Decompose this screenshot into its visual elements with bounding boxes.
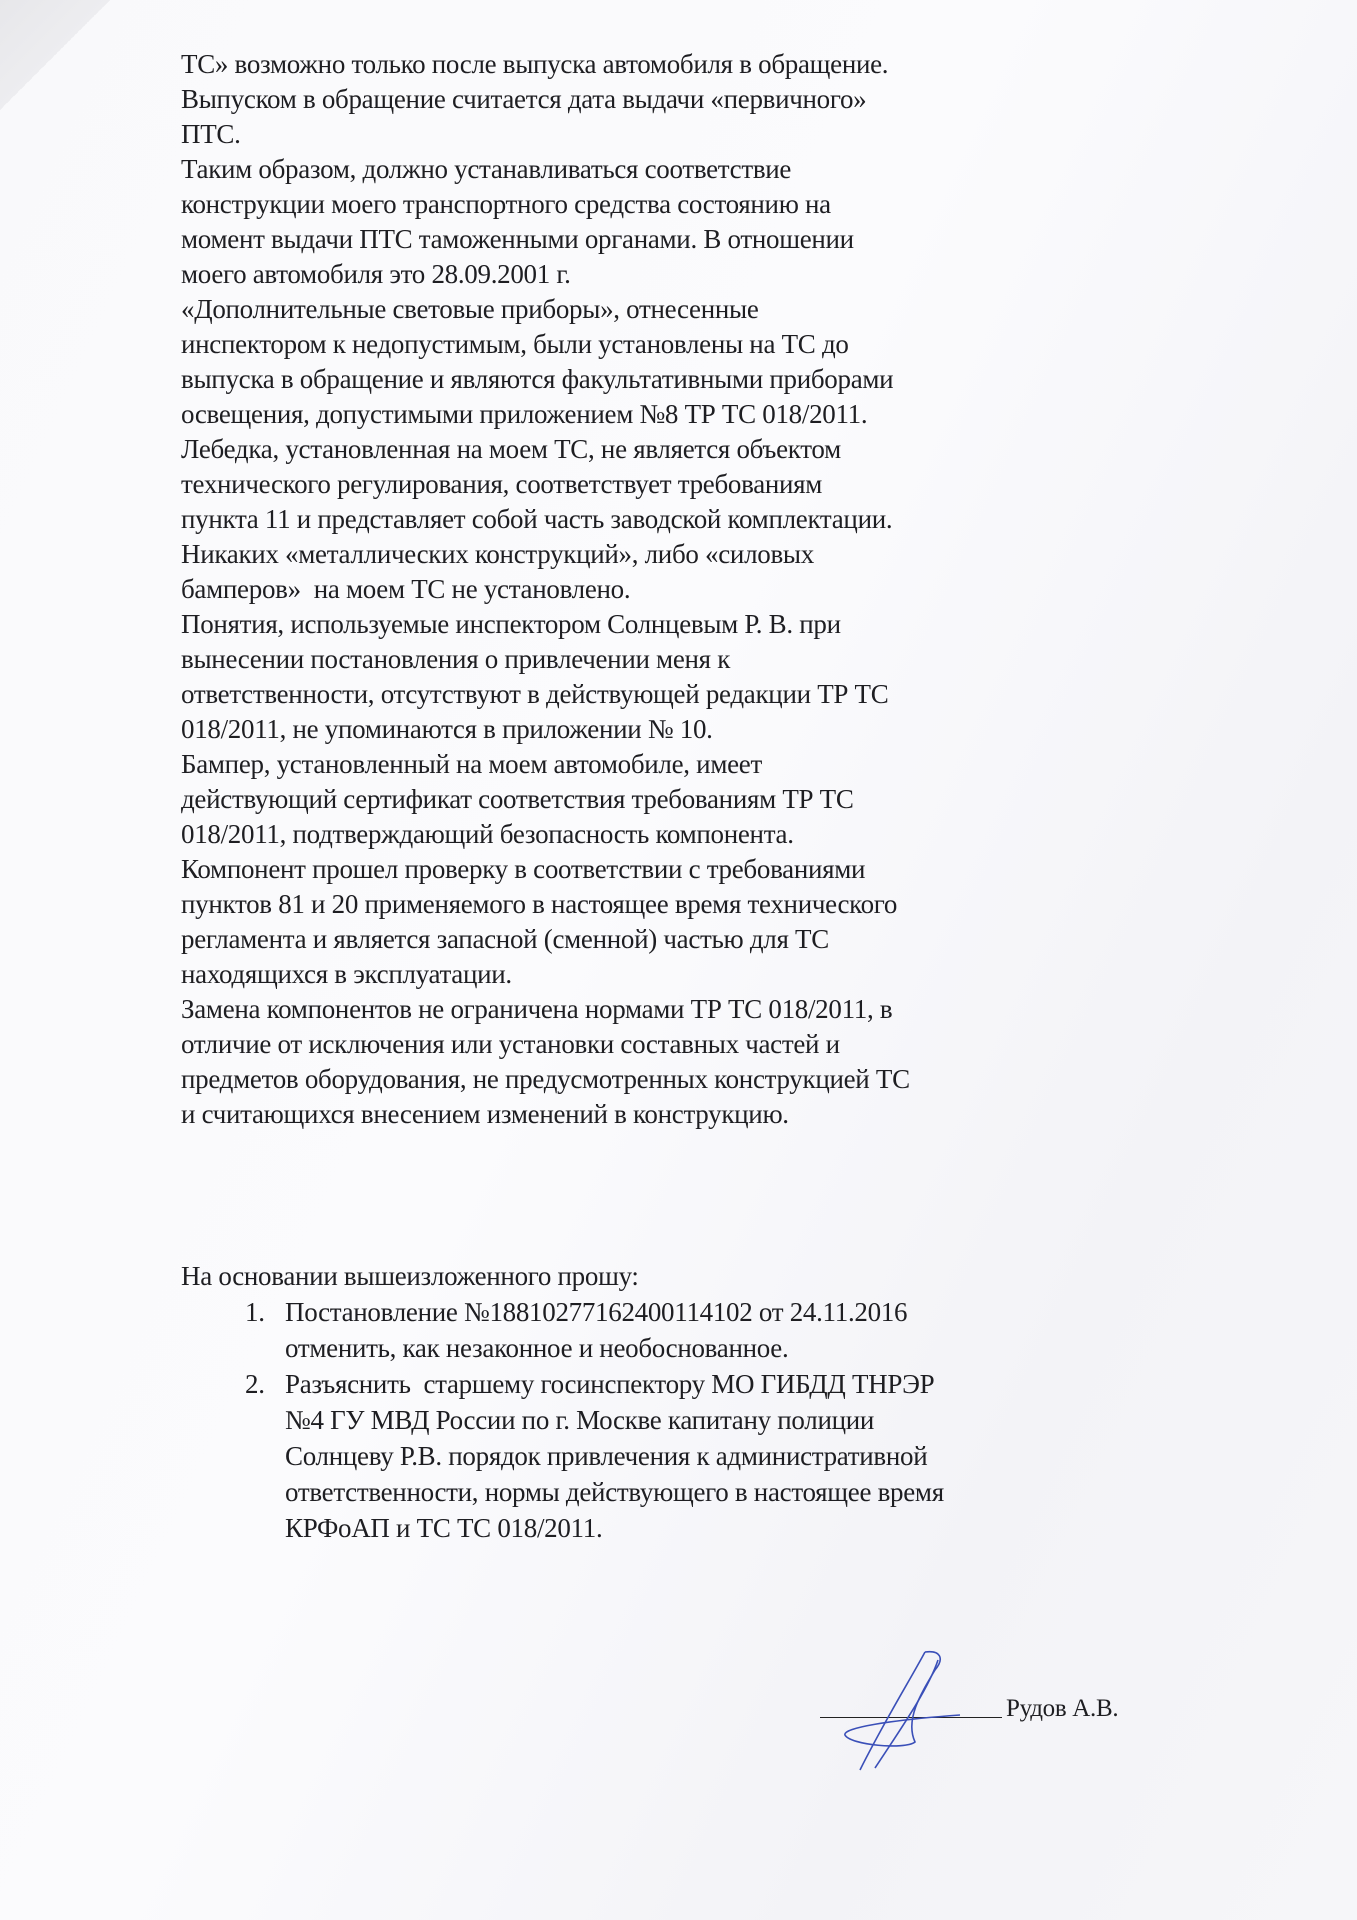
body-line: Таким образом, должно устанавливаться со… [181,152,1181,187]
request-item-line: №4 ГУ МВД России по г. Москве капитану п… [285,1402,1181,1438]
folded-corner [0,0,110,110]
request-item-line: КРФоАП и ТС ТС 018/2011. [285,1510,1181,1546]
body-line: освещения, допустимыми приложением №8 ТР… [181,397,1181,432]
request-list: 1. Постановление №18810277162400114102 о… [181,1294,1181,1546]
body-line: бамперов» на моем ТС не установлено. [181,572,1181,607]
request-item-line: Солнцеву Р.В. порядок привлечения к адми… [285,1438,1181,1474]
body-line: Бампер, установленный на моем автомобиле… [181,747,1181,782]
body-line: технического регулирования, соответствуе… [181,467,1181,502]
signature-block: Рудов А.В. [810,1650,1210,1770]
body-line: ТС» возможно только после выпуска автомо… [181,47,1181,82]
body-line: ПТС. [181,117,1181,152]
body-line: вынесении постановления о привлечении ме… [181,642,1181,677]
body-line: Компонент прошел проверку в соответствии… [181,852,1181,887]
body-line: находящихся в эксплуатации. [181,957,1181,992]
signatory-name: Рудов А.В. [1006,1695,1118,1723]
body-line: Выпуском в обращение считается дата выда… [181,82,1181,117]
body-line: «Дополнительные световые приборы», отнес… [181,292,1181,327]
body-line: пунктов 81 и 20 применяемого в настоящее… [181,887,1181,922]
request-item-line: ответственности, нормы действующего в на… [285,1474,1181,1510]
body-line: Понятия, используемые инспектором Солнце… [181,607,1181,642]
request-item: 2. Разъяснить старшему госинспектору МО … [181,1366,1181,1546]
body-line: конструкции моего транспортного средства… [181,187,1181,222]
request-item-number: 1. [245,1294,265,1330]
request-item-line: отменить, как незаконное и необоснованно… [285,1330,1181,1366]
request-item: 1. Постановление №18810277162400114102 о… [181,1294,1181,1366]
body-line: 018/2011, не упоминаются в приложении № … [181,712,1181,747]
request-intro: На основании вышеизложенного прошу: [181,1258,1181,1294]
body-line: Замена компонентов не ограничена нормами… [181,992,1181,1027]
handwritten-signature-icon [830,1650,1010,1780]
body-line: регламента и является запасной (сменной)… [181,922,1181,957]
body-line: инспектором к недопустимым, были установ… [181,327,1181,362]
body-line: ответственности, отсутствуют в действующ… [181,677,1181,712]
body-line: момент выдачи ПТС таможенными органами. … [181,222,1181,257]
body-line: 018/2011, подтверждающий безопасность ко… [181,817,1181,852]
body-line: Лебедка, установленная на моем ТС, не яв… [181,432,1181,467]
body-line: пункта 11 и представляет собой часть зав… [181,502,1181,537]
request-item-line: Постановление №18810277162400114102 от 2… [285,1294,1181,1330]
document-body: ТС» возможно только после выпуска автомо… [181,47,1181,1132]
body-line: предметов оборудования, не предусмотренн… [181,1062,1181,1097]
body-line: моего автомобиля это 28.09.2001 г. [181,257,1181,292]
body-line: действующий сертификат соответствия треб… [181,782,1181,817]
scanned-page: ТС» возможно только после выпуска автомо… [0,0,1357,1920]
request-item-number: 2. [245,1366,265,1402]
body-line: и считающихся внесением изменений в конс… [181,1097,1181,1132]
body-line: выпуска в обращение и являются факультат… [181,362,1181,397]
body-line: отличие от исключения или установки сост… [181,1027,1181,1062]
request-item-line: Разъяснить старшему госинспектору МО ГИБ… [285,1366,1181,1402]
body-line: Никаких «металлических конструкций», либ… [181,537,1181,572]
request-section: На основании вышеизложенного прошу: 1. П… [181,1258,1181,1546]
